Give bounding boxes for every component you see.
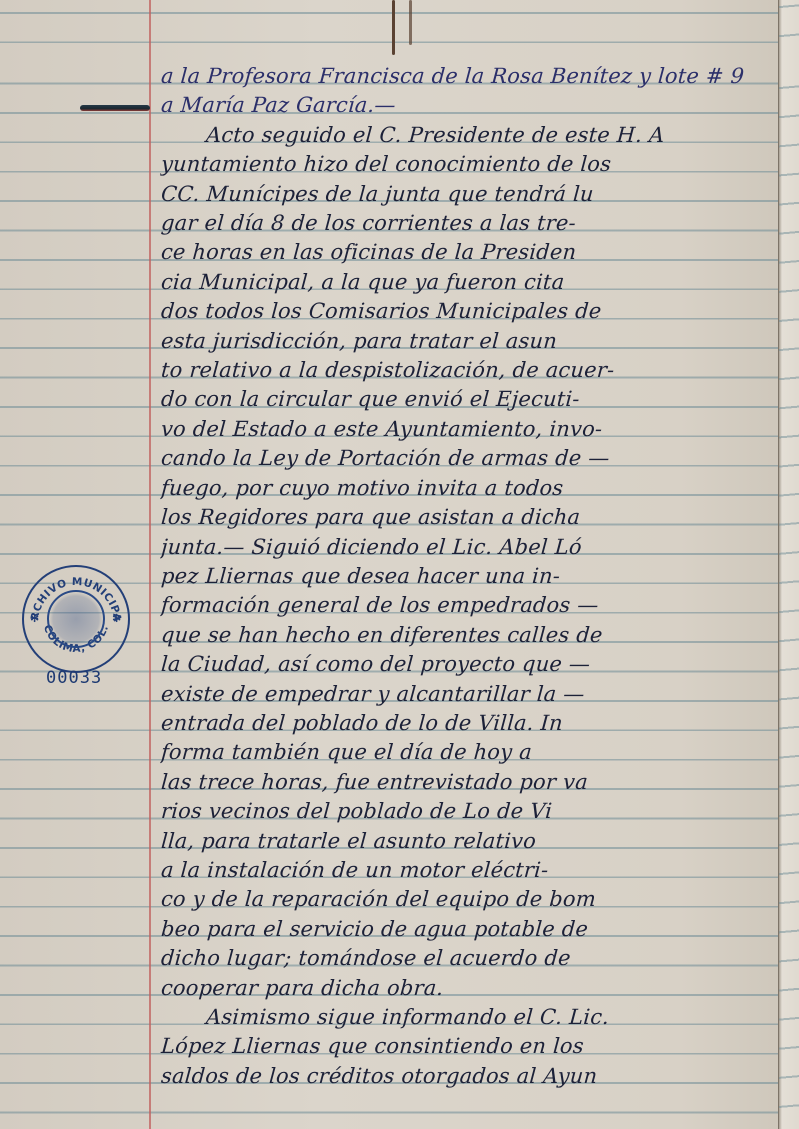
text-line: a la Profesora Francisca de la Rosa Bení…	[160, 62, 772, 91]
text-line: esta jurisdicción, para tratar el asun	[160, 327, 772, 356]
text-line: entrada del poblado de lo de Villa. In	[160, 709, 772, 738]
text-line: gar el día 8 de los corrientes a las tre…	[160, 209, 772, 238]
text-line: dos todos los Comisarios Municipales de	[160, 297, 772, 326]
folio-number: 00033	[46, 668, 102, 688]
handwritten-text: a la Profesora Francisca de la Rosa Bení…	[160, 62, 770, 1091]
text-line: que se han hecho en diferentes calles de	[160, 621, 772, 650]
text-line: beo para el servicio de agua potable de	[160, 915, 772, 944]
adjacent-page-rules	[779, 0, 799, 1129]
text-line: ce horas en las oficinas de la Presiden	[160, 238, 772, 267]
red-margin-line	[149, 0, 151, 1129]
text-line: do con la circular que envió el Ejecuti-	[160, 385, 772, 414]
stamp-star-icon-left: ✻	[30, 612, 39, 625]
text-line: las trece horas, fue entrevistado por va	[160, 768, 772, 797]
text-line: la Ciudad, así como del proyecto que —	[160, 650, 772, 679]
text-line: a María Paz García.—	[160, 91, 772, 120]
text-line: cia Municipal, a la que ya fueron cita	[160, 268, 772, 297]
text-line: CC. Munícipes de la junta que tendrá lu	[160, 180, 772, 209]
archive-stamp: ARCHIVO MUNICIPAL COLIMA, COL. ✻ ✻	[22, 565, 130, 673]
text-line: existe de empedrar y alcantarillar la —	[160, 680, 772, 709]
stamp-star-icon-right: ✻	[112, 612, 121, 625]
document-page: a la Profesora Francisca de la Rosa Bení…	[0, 0, 799, 1129]
text-line: Acto seguido el C. Presidente de este H.…	[160, 121, 772, 150]
text-line: co y de la reparación del equipo de bom	[160, 885, 772, 914]
text-line: saldos de los créditos otorgados al Ayun	[160, 1062, 772, 1091]
text-line: rios vecinos del poblado de Lo de Vi	[160, 797, 772, 826]
binding-mark-right	[409, 0, 412, 45]
text-line: to relativo a la despistolización, de ac…	[160, 356, 772, 385]
text-line: lla, para tratarle el asunto relativo	[160, 827, 772, 856]
text-line: formación general de los empedrados —	[160, 591, 772, 620]
margin-dash-mark	[80, 105, 150, 111]
text-line: vo del Estado a este Ayuntamiento, invo-	[160, 415, 772, 444]
text-line: a la instalación de un motor eléctri-	[160, 856, 772, 885]
text-line: los Regidores para que asistan a dicha	[160, 503, 772, 532]
text-line: yuntamiento hizo del conocimiento de los	[160, 150, 772, 179]
text-line: junta.— Siguió diciendo el Lic. Abel Ló	[160, 533, 772, 562]
text-line: cooperar para dicha obra.	[160, 974, 772, 1003]
text-line: dicho lugar; tomándose el acuerdo de	[160, 944, 772, 973]
text-line: fuego, por cuyo motivo invita a todos	[160, 474, 772, 503]
text-line: forma también que el día de hoy a	[160, 738, 772, 767]
text-line: pez Lliernas que desea hacer una in-	[160, 562, 772, 591]
binding-mark-left	[392, 0, 395, 55]
stamp-seal-emblem	[47, 590, 105, 648]
text-line: Asimismo sigue informando el C. Lic.	[160, 1003, 772, 1032]
adjacent-page-edge	[778, 0, 799, 1129]
text-line: López Lliernas que consintiendo en los	[160, 1032, 772, 1061]
text-line: cando la Ley de Portación de armas de —	[160, 444, 772, 473]
